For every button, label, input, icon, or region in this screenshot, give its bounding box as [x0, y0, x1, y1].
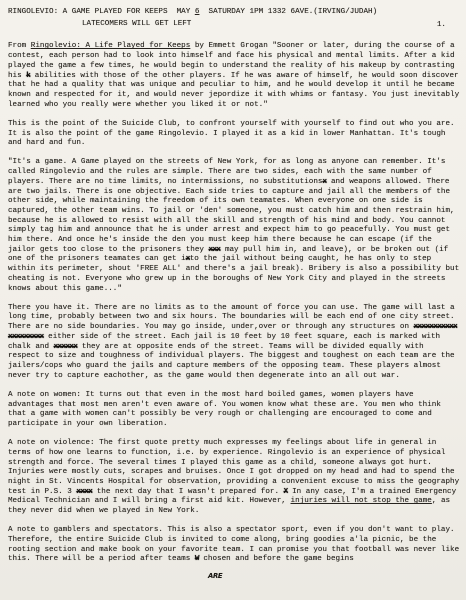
struck-out-text: xxxxxx [54, 343, 78, 351]
handwritten-insertion: ARE [208, 572, 460, 582]
text-run: From [8, 42, 31, 50]
struck-out-text: xxxx [76, 488, 92, 496]
text-run: RINGOLEVIO: A GAME PLAYED FOR KEEPS MAY [8, 8, 195, 16]
text-run: and weapons allowed. There are two jails… [8, 178, 455, 254]
paragraph: A note on women: It turns out that even … [8, 391, 460, 430]
paragraph: A note on violence: The first quote pret… [8, 439, 460, 517]
paragraph: This is the point of the Suicide Club, t… [8, 120, 460, 149]
struck-out-text: xxxxxxxxxxx [414, 323, 458, 331]
struck-out-text: xxx [209, 246, 221, 254]
text-run: A note on women: It turns out that even … [8, 391, 441, 428]
underlined-text: injuries will not stop the game [291, 497, 432, 505]
text-run: chosen and before the game begins [199, 555, 354, 563]
paragraph: A note to gamblers and spectators. This … [8, 526, 460, 565]
struck-out-text: xxxxxxxxx [8, 333, 44, 341]
paragraph: From Ringolevio: A Life Played for Keeps… [8, 42, 460, 110]
paragraph: There you have it. There are no limits a… [8, 304, 460, 382]
page-number: 1. [437, 21, 446, 31]
document-title-line: RINGOLEVIO: A GAME PLAYED FOR KEEPS MAY … [8, 8, 460, 18]
document-page: 1. RINGOLEVIO: A GAME PLAYED FOR KEEPS M… [0, 0, 466, 600]
text-run: This is the point of the Suicide Club, t… [8, 120, 455, 147]
text-run: the next day that I wasn't prepared for. [92, 488, 283, 496]
document-body: From Ringolevio: A Life Played for Keeps… [8, 42, 460, 565]
document-subtitle-line: LATECOMERS WILL GET LEFT [8, 20, 460, 30]
text-run: abilities with those of the other player… [8, 72, 459, 109]
paragraph: "It's a game. A Game played on the stree… [8, 158, 460, 294]
text-run: There you have it. There are no limits a… [8, 304, 455, 331]
underlined-text: Ringolevio: A Life Played for Keeps [31, 42, 191, 50]
text-run: SATURDAY 1PM 1332 6AVE.(IRVING/JUDAH) [199, 8, 377, 16]
